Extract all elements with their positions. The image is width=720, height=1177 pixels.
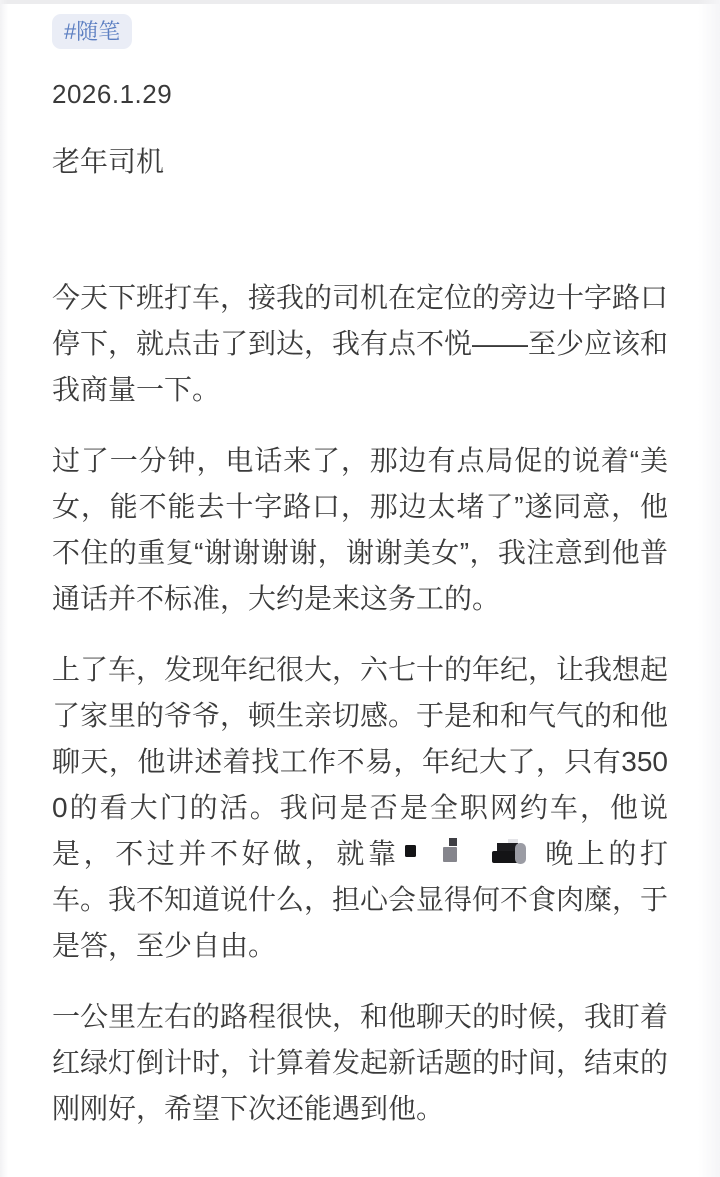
post-title: 老年司机 [52,140,668,180]
post-date: 2026.1.29 [52,79,668,110]
paragraph-3-text-before: 上了车，发现年纪很大，六七十的年纪，让我想起了家里的爷爷，顿生亲切感。于是和和气… [52,654,668,869]
screen-edge-top [0,0,720,4]
topic-tag[interactable]: #随笔 [52,14,132,49]
screen-edge-left [0,0,8,1177]
paragraph-4: 一公里左右的路程很快，和他聊天的时候，我盯着红绿灯倒计时，计算着发起新话题的时间… [52,994,668,1132]
article-page: #随笔 2026.1.29 老年司机 今天下班打车，接我的司机在定位的旁边十字路… [0,0,720,1132]
scribble-redaction-icon [400,837,542,869]
paragraph-2: 过了一分钟，电话来了，那边有点局促的说着“美女，能不能去十字路口，那边太堵了”遂… [52,438,668,622]
screen-edge-right [698,0,720,1177]
paragraph-1: 今天下班打车，接我的司机在定位的旁边十字路口停下，就点击了到达，我有点不悦——至… [52,275,668,413]
paragraph-3: 上了车，发现年纪很大，六七十的年纪，让我想起了家里的爷爷，顿生亲切感。于是和和气… [52,647,668,969]
